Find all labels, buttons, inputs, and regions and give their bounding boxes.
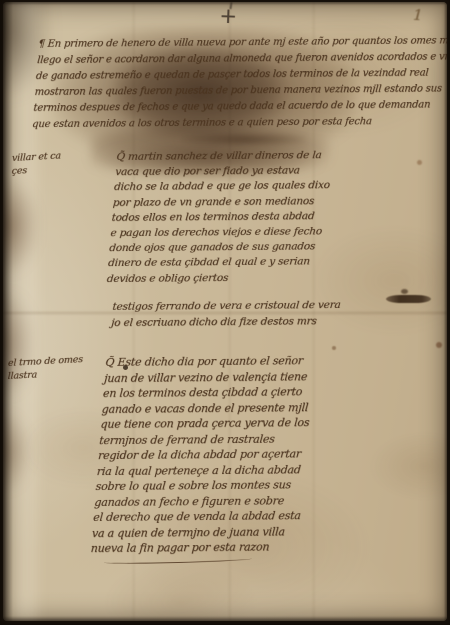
paper-speck	[436, 342, 442, 348]
manuscript-photo: + 1 ¶ En primero de henero de villa nuev…	[0, 0, 450, 625]
folio-number: 1	[413, 6, 423, 24]
entry-paragraph-3: Q̃ Este dicho dia por quanto el señorjua…	[90, 353, 376, 557]
right-margin-ink-smear	[386, 295, 431, 303]
text-line: jo el escriuano dicho dia fize destos mr…	[111, 314, 327, 331]
text-line: dicho se la abdad e que ge los quales di…	[113, 178, 356, 195]
margin-note-1: villar et caçes	[12, 147, 115, 178]
text-line: testigos ferrando de vera e cristoual de…	[112, 298, 328, 315]
paper-speck	[332, 346, 336, 350]
text-line: que estan avenidos a los otros terminos …	[31, 113, 439, 133]
margin-note-2: el trmo de omesllastra	[8, 352, 113, 383]
entry-paragraph-1: ¶ En primero de henero de villa nueva po…	[31, 33, 445, 133]
text-line: nueva la fin pagar por esta razon	[90, 539, 361, 557]
paper-speck	[417, 160, 422, 165]
text-line: e pagan los derechos viejos e diese fech…	[110, 224, 353, 241]
text-line: devidos e obligo çiertos	[106, 270, 349, 287]
manuscript-page: + 1 ¶ En primero de henero de villa nuev…	[3, 2, 447, 621]
entry-paragraph-2: Q̃ martin sanchez de villar dineros de l…	[106, 148, 359, 287]
witness-clause: testigos ferrando de vera e cristoual de…	[111, 298, 329, 331]
ink-smudge-ghost-line	[181, 133, 306, 146]
right-margin-ink-smear-hook	[401, 289, 408, 294]
registration-cross-icon: +	[207, 3, 248, 34]
